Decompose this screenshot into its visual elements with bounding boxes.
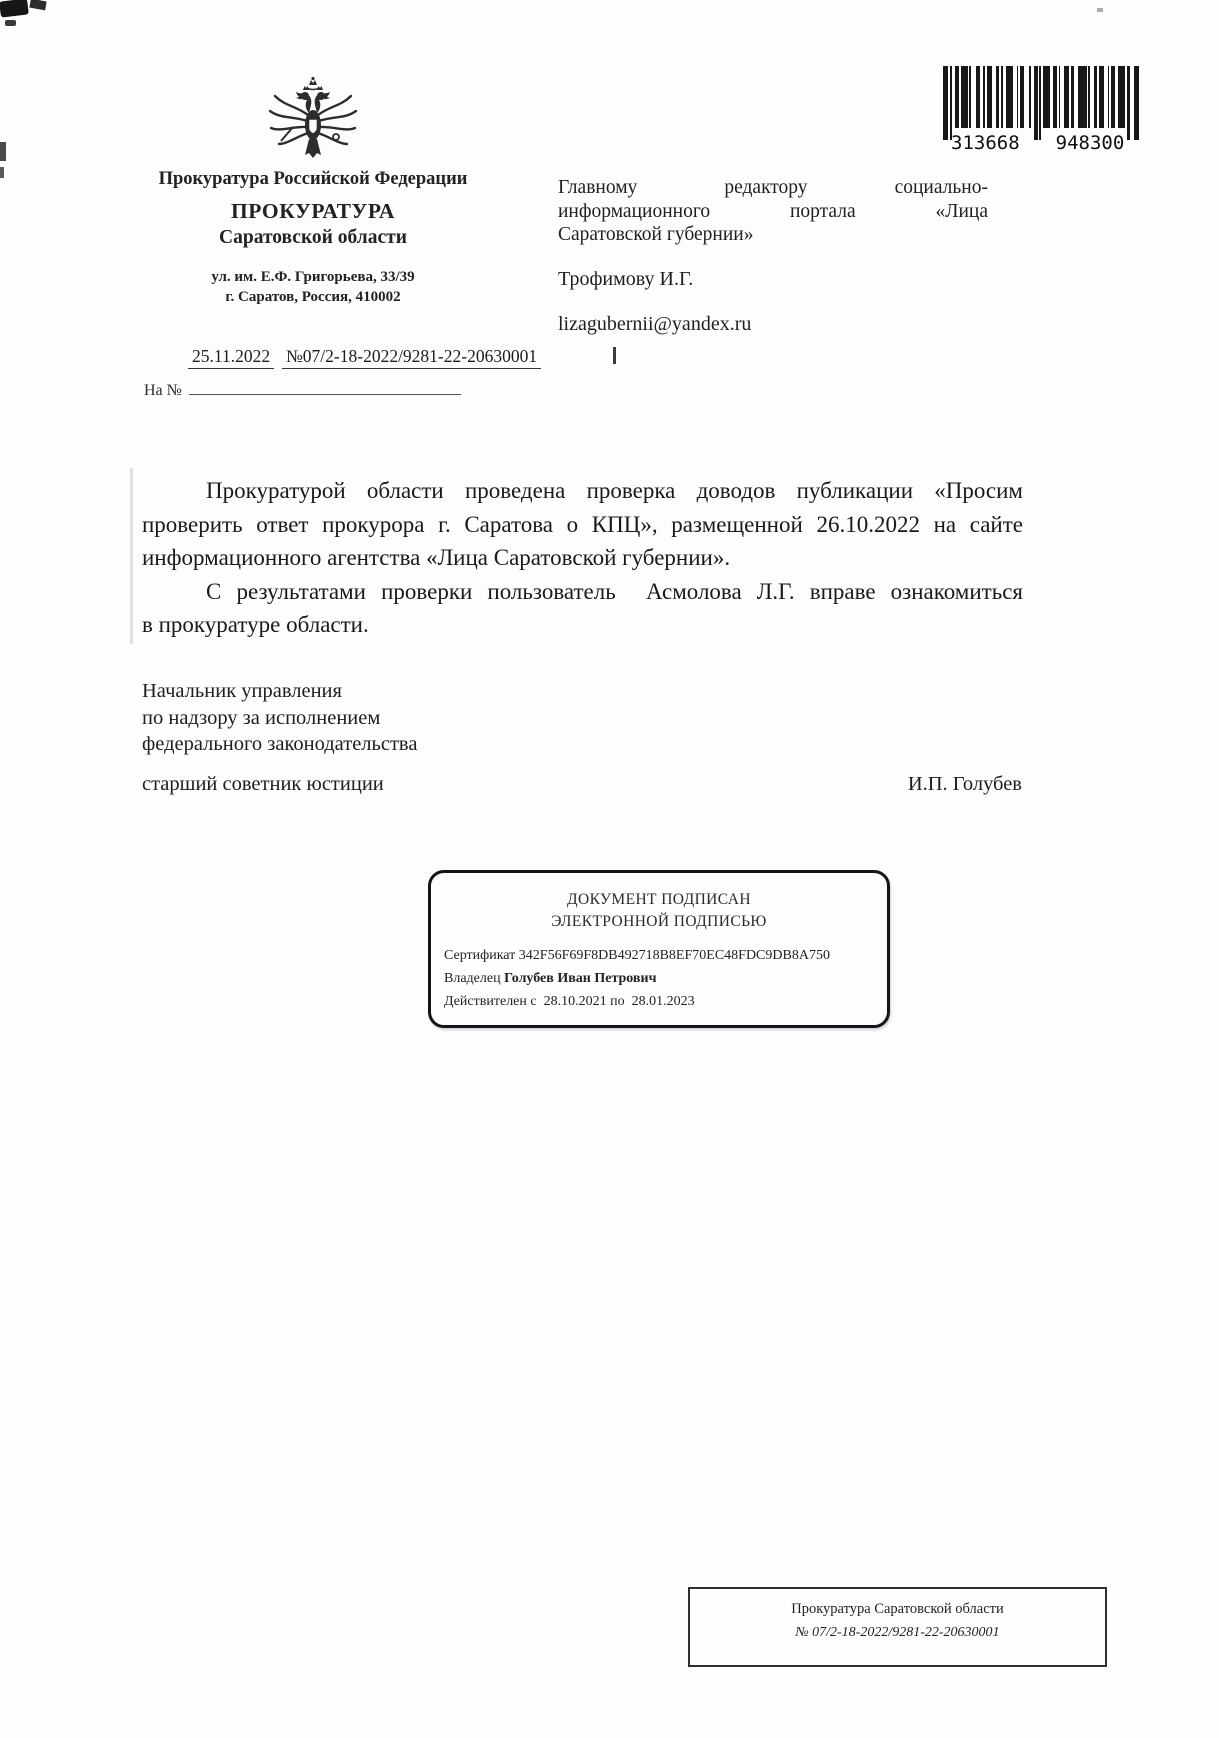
body-paragraph-2: С результатами проверки пользователь Асм… [142,575,1023,642]
recipient-email: lizagubernii@yandex.ru [558,313,988,337]
reply-to-blank-field [189,379,461,395]
signer-position: Начальник управленияпо надзору за исполн… [142,678,1022,758]
signer-name: И.П. Голубев [908,771,1022,798]
org-parent-title: Прокуратура Российской Федерации [140,169,486,190]
letterhead: Прокуратура Российской Федерации ПРОКУРА… [140,74,486,307]
barcode: 313668 948300 [943,66,1153,154]
org-name: ПРОКУРАТУРА [140,199,486,224]
esign-title-line2: ЭЛЕКТРОННОЙ ПОДПИСЬЮ [431,911,887,933]
recipient-block: Главному редактору социально-информацион… [558,176,988,337]
letter-body: Прокуратурой области проведена проверка … [142,474,1023,642]
signature-block: Начальник управленияпо надзору за исполн… [142,678,1022,797]
scan-artifact [613,347,616,364]
reply-to-line: На № [144,379,461,400]
reference-number: №07/2-18-2022/9281-22-20630001 [282,346,541,369]
registration-stamp-number: № 07/2-18-2022/9281-22-20630001 [690,1625,1105,1641]
esign-title-line1: ДОКУМЕНТ ПОДПИСАН [431,889,887,911]
scan-artifact [0,142,6,161]
esign-title: ДОКУМЕНТ ПОДПИСАН ЭЛЕКТРОННОЙ ПОДПИСЬЮ [431,889,887,932]
scanned-letter-page: Прокуратура Российской Федерации ПРОКУРА… [0,0,1219,1738]
owner-value: Голубев Иван Петрович [504,971,656,986]
scan-artifact [0,0,29,18]
esign-validity-line: Действителен с 28.10.2021 по 28.01.2023 [444,990,877,1013]
org-address: ул. им. Е.Ф. Григорьева, 33/39 г. Сарато… [140,268,486,307]
signer-rank: старший советник юстиции [142,771,384,798]
registration-stamp-org: Прокуратура Саратовской области [690,1601,1105,1618]
scan-artifact [1097,8,1103,12]
reference-date: 25.11.2022 [188,346,274,369]
scan-artifact [0,167,4,178]
reply-to-label: На № [144,382,182,399]
barcode-digits-right: 948300 [1056,132,1125,154]
barcode-bars [943,66,1153,142]
registration-stamp: Прокуратура Саратовской области № 07/2-1… [688,1587,1107,1667]
esign-certificate-line: Сертификат 342F56F69F8DB492718B8EF70EC48… [444,944,877,967]
reference-line: 25.11.2022№07/2-18-2022/9281-22-20630001 [188,346,541,367]
scan-artifact [5,20,16,26]
recipient-organization: Главному редактору социально-информацион… [558,176,988,247]
owner-label: Владелец [444,971,501,986]
scan-artifact [130,468,133,644]
barcode-digits: 313668 948300 [943,132,1153,154]
scan-artifact [29,0,46,10]
org-address-line1: ул. им. Е.Ф. Григорьева, 33/39 [140,268,486,288]
coat-of-arms-icon [140,74,486,164]
org-region: Саратовской области [140,227,486,249]
certificate-label: Сертификат [444,948,515,963]
esign-owner-line: Владелец Голубев Иван Петрович [444,967,877,990]
body-paragraph-1: Прокуратурой области проведена проверка … [142,474,1023,575]
recipient-name: Трофимову И.Г. [558,268,988,292]
org-address-line2: г. Саратов, Россия, 410002 [140,288,486,308]
certificate-value: 342F56F69F8DB492718B8EF70EC48FDC9DB8A750 [519,948,830,963]
barcode-digits-left: 313668 [951,132,1020,154]
electronic-signature-stamp: ДОКУМЕНТ ПОДПИСАН ЭЛЕКТРОННОЙ ПОДПИСЬЮ С… [428,870,890,1028]
esign-details: Сертификат 342F56F69F8DB492718B8EF70EC48… [444,944,877,1013]
